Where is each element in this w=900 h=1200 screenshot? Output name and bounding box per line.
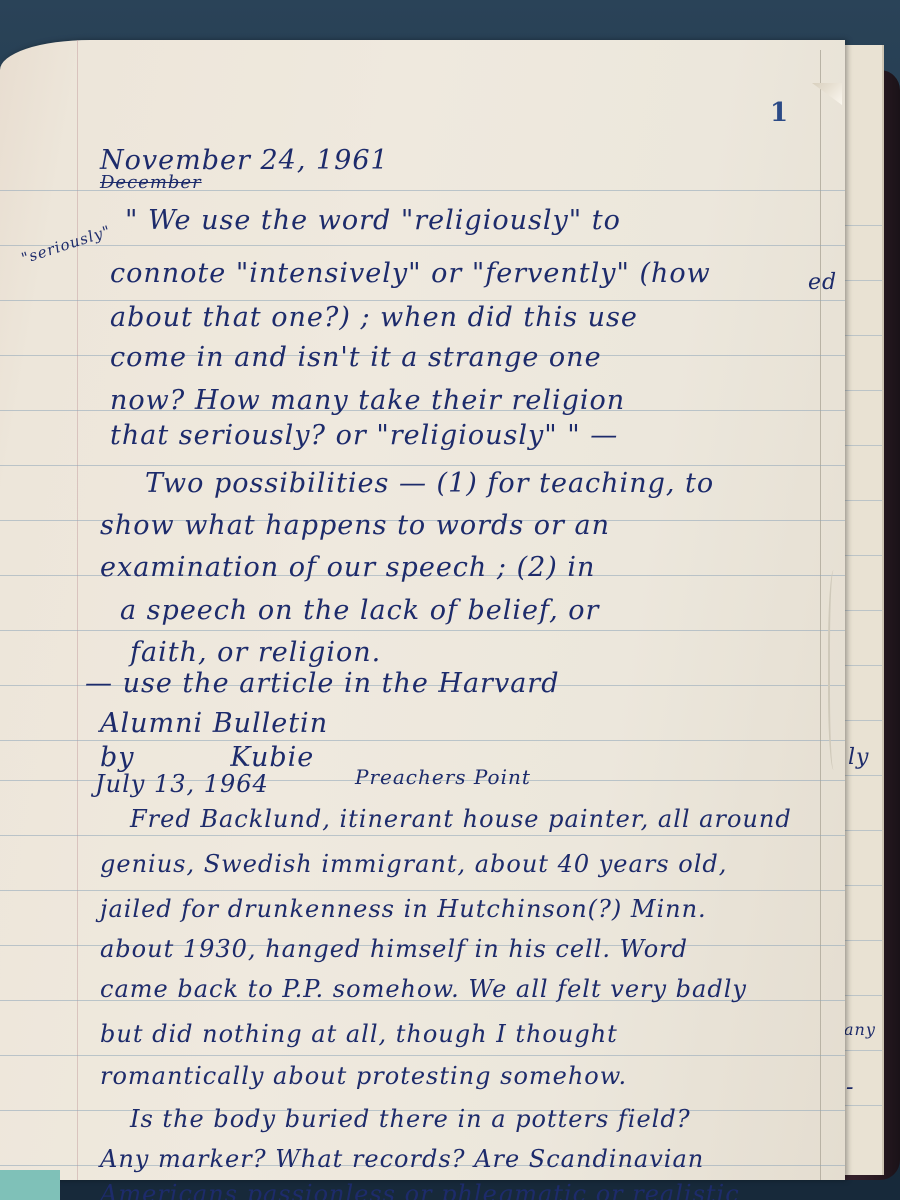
- entry-line: Americans passionless or phlegmatic or r…: [100, 1180, 740, 1200]
- entry-line: Any marker? What records? Are Scandinavi…: [100, 1145, 704, 1173]
- underlying-fragment: ly: [848, 745, 869, 770]
- entry-line: examination of our speech ; (2) in: [100, 552, 595, 583]
- entry-line: come in and isn't it a strange one: [110, 342, 602, 373]
- page-crease: [828, 570, 842, 770]
- entry-line: Fred Backlund, itinerant house painter, …: [130, 805, 792, 833]
- entry-line: genius, Swedish immigrant, about 40 year…: [100, 850, 727, 878]
- entry-line: romantically about protesting somehow.: [100, 1062, 627, 1090]
- entry-line: that seriously? or "religiously" " —: [110, 420, 618, 451]
- right-margin-fragment: ed: [808, 270, 837, 295]
- left-margin-line: [77, 40, 78, 1180]
- entry-line: jailed for drunkenness in Hutchinson(?) …: [100, 895, 707, 923]
- entry-place: Preachers Point: [355, 765, 531, 789]
- folded-corner: [812, 83, 842, 105]
- entry-line: show what happens to words or an: [100, 510, 610, 541]
- entry-line: Two possibilities — (1) for teaching, to: [145, 468, 714, 499]
- entry-line: but did nothing at all, though I thought: [100, 1020, 618, 1048]
- underlying-page: ly any -: [840, 45, 884, 1175]
- turquoise-tab: [0, 1170, 60, 1200]
- right-margin-line: [820, 50, 821, 1180]
- entry-line: about that one?) ; when did this use: [110, 302, 638, 333]
- entry-line: a speech on the lack of belief, or: [120, 595, 599, 626]
- entry-line: " We use the word "religiously" to: [125, 205, 621, 236]
- page-number: 1: [770, 98, 788, 128]
- entry-date: July 13, 1964: [95, 770, 269, 798]
- underlying-fragment: -: [846, 1075, 854, 1100]
- struck-date-word: December: [100, 172, 202, 193]
- entry-line: faith, or religion.: [130, 637, 381, 668]
- entry-line: about 1930, hanged himself in his cell. …: [100, 935, 688, 963]
- entry-line: Is the body buried there in a potters fi…: [130, 1105, 691, 1133]
- underlying-fragment: any: [844, 1020, 876, 1039]
- entry-line: Alumni Bulletin: [100, 708, 328, 739]
- entry-line: now? How many take their religion: [110, 385, 625, 416]
- entry-line: connote "intensively" or "fervently" (ho…: [110, 258, 711, 289]
- entry-line: came back to P.P. somehow. We all felt v…: [100, 975, 747, 1003]
- entry-line: by Kubie: [100, 742, 314, 773]
- entry-line: — use the article in the Harvard: [85, 668, 560, 699]
